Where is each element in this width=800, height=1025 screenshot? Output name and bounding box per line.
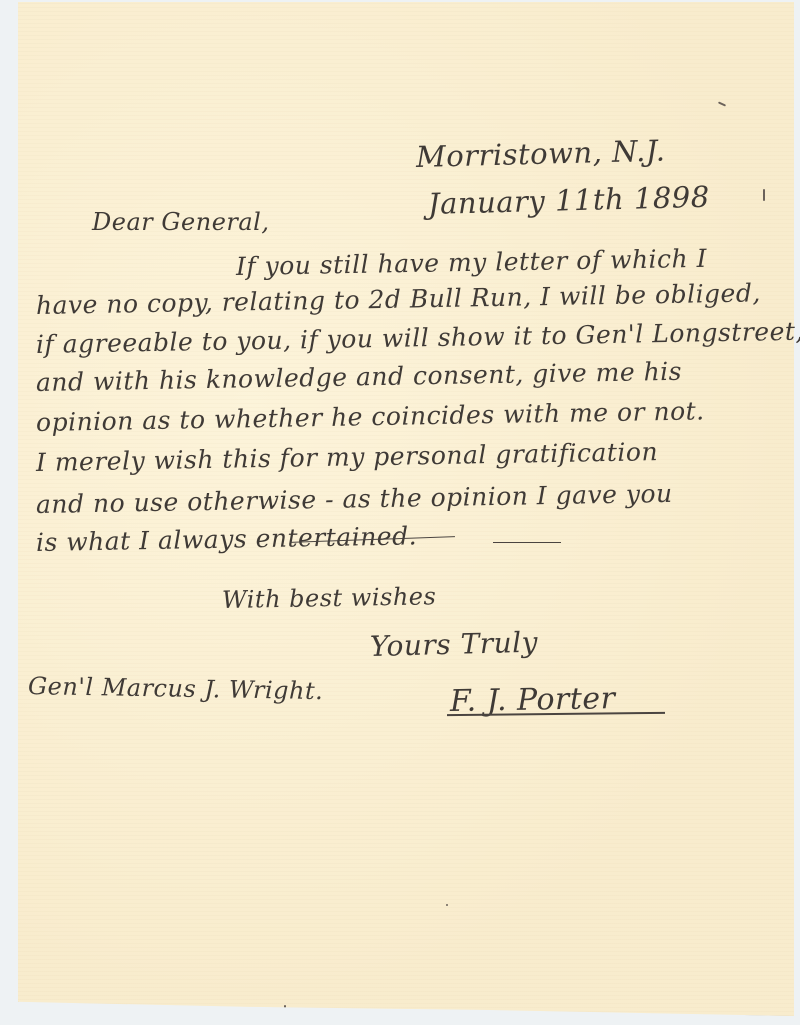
ink-speck: [718, 101, 726, 106]
ink-speck: [446, 904, 448, 906]
letter-place: Morristown, N.J.: [416, 133, 666, 174]
valediction: Yours Truly: [370, 626, 539, 663]
addressee: Gen'l Marcus J. Wright.: [28, 672, 324, 705]
closing: With best wishes: [222, 582, 437, 614]
underline-opinion: [493, 542, 561, 543]
ink-speck: [763, 189, 765, 201]
ink-speck: [284, 1005, 286, 1008]
salutation: Dear General,: [92, 208, 269, 236]
